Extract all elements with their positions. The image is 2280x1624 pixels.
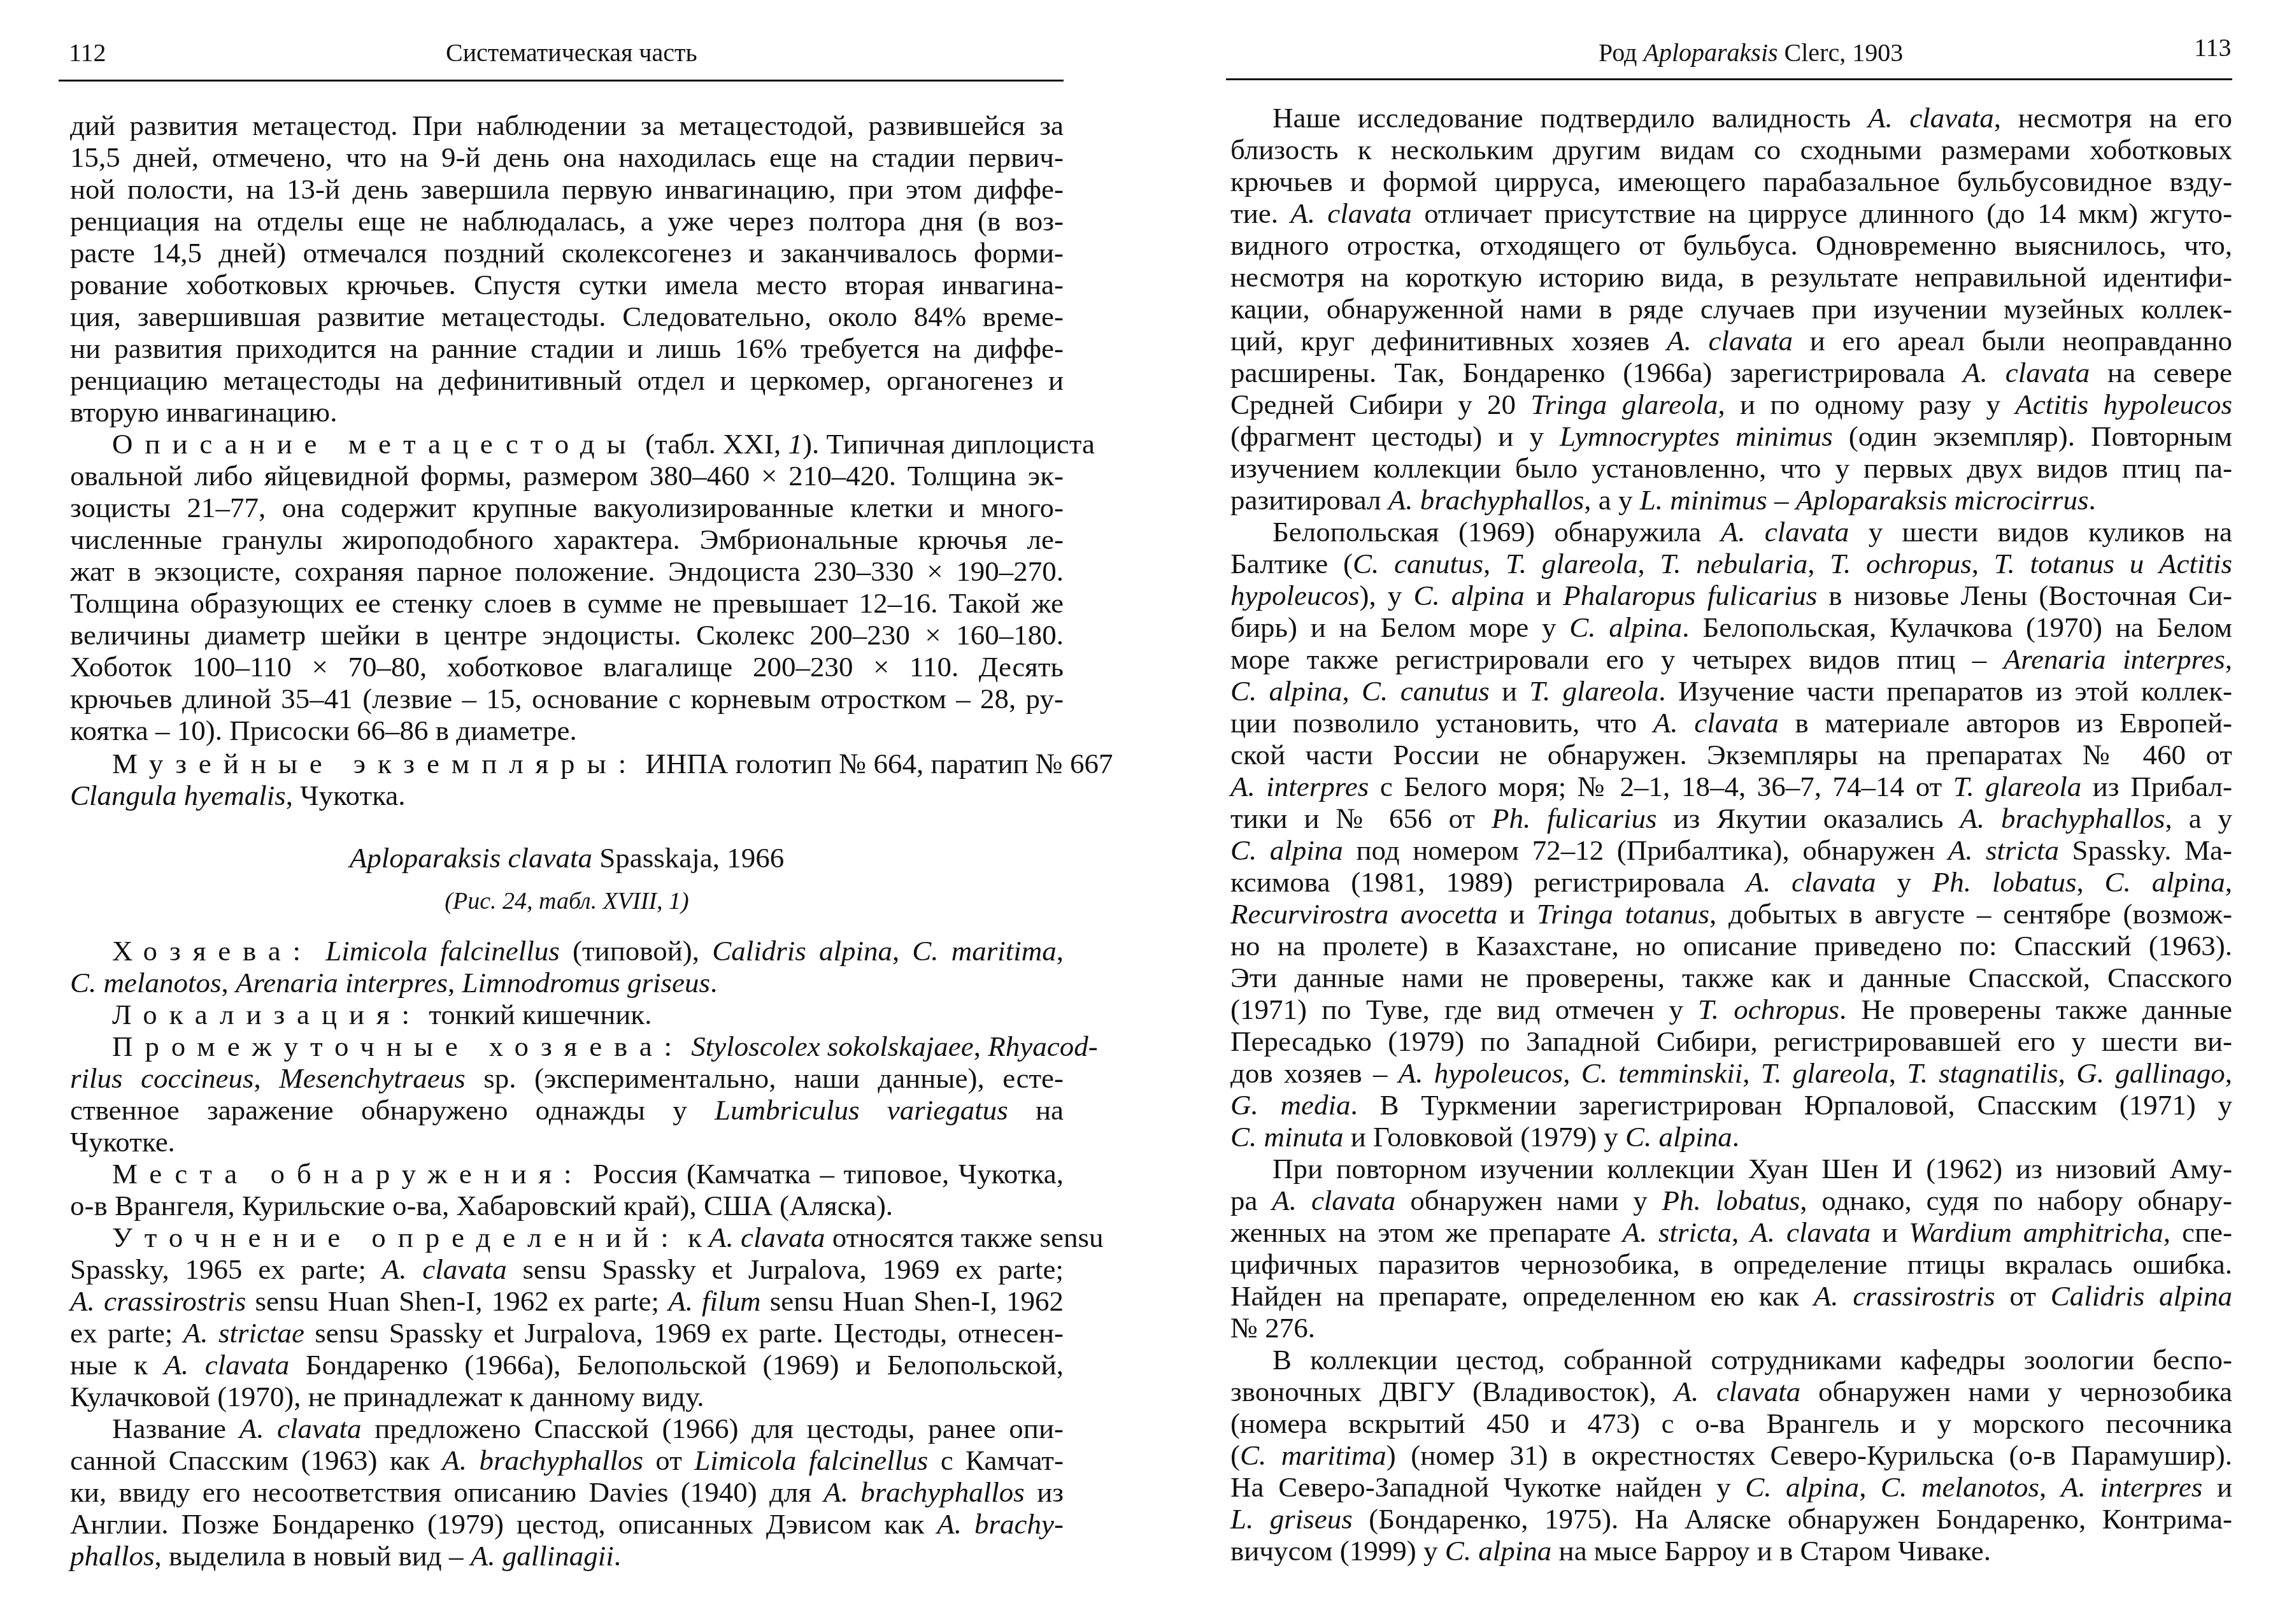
text-line: (1971) по Туве, где вид отмечен у T. och… [1230,994,2232,1025]
text-line: ренциацию метацестоды на дефинитивный от… [70,364,1064,396]
text-line: Наше исследование подтвердило валидность… [1272,102,2232,134]
text-line: (C. maritima) (номер 31) в окрестностях … [1230,1439,2232,1471]
page-number: 113 [2194,32,2232,64]
text-line: вичусом (1999) у C. alpina на мысе Барро… [1230,1535,2232,1567]
text-line: ной полости, на 13-й день завершила перв… [70,173,1064,205]
text-line: жат в экзоцисте, сохраняя парное положен… [70,555,1064,587]
text-line: дий развития метацестод. При наблюдении … [70,110,1064,141]
text-line: Описание метацестоды (табл. XXI, 1). Тип… [112,428,1064,460]
text-line: При повторном изучении коллекции Хуан Ше… [1272,1153,2232,1185]
text-line: A. crassirostris sensu Huan Shen-I, 1962… [70,1285,1064,1317]
text-line: ской части России не обнаружен. Экземпля… [1230,739,2232,771]
page-number: 112 [69,37,106,69]
text-line: Хозяева: Limicola falcinellus (типовой),… [112,935,1064,967]
text-line: G. media. В Туркмении зарегистрирован Юр… [1230,1089,2232,1121]
text-line: ственное заражение обнаружено однажды у … [70,1094,1064,1126]
text-line: 15,5 дней, отмечено, что на 9-й день она… [70,141,1064,173]
text-line: C. melanotos, Arenaria interpres, Limnod… [70,967,1064,999]
text-line: Балтике (C. canutus, T. glareola, T. neb… [1230,548,2232,580]
text-line: ренциация на отделы еще не наблюдалась, … [70,205,1064,237]
text-line: разитировал A. brachyphallos, а у L. min… [1230,484,2232,516]
text-line: дов хозяев – A. hypoleucos, C. temminski… [1230,1057,2232,1089]
text-line: Хоботок 100–110 × 70–80, хоботковое влаг… [70,651,1064,683]
section-heading: (Рис. 24, табл. XVIII, 1) [70,885,1064,917]
text-line: hypoleucos), у C. alpina и Phalaropus fu… [1230,580,2232,611]
text-line: рование хоботковых крючьев. Спустя сутки… [70,269,1064,301]
text-line: ксимова (1981, 1989) регистрировала A. c… [1230,866,2232,898]
text-line: phallos, выделила в новый вид – A. galli… [70,1540,1064,1572]
text-line: № 276. [1230,1312,2232,1344]
text-line: Название A. clavata предложено Спасской … [112,1413,1064,1444]
text-line: Recurvirostra avocetta и Tringa totanus,… [1230,898,2232,930]
text-line: Эти данные нами не проверены, также как … [1230,962,2232,994]
text-line: Найден на препарате, определенном ею как… [1230,1280,2232,1312]
text-line: ции позволило установить, что A. clavata… [1230,707,2232,739]
text-line: A. interpres с Белого моря; № 2–1, 18–4,… [1230,771,2232,802]
text-line: крючьев длиной 35–41 (лезвие – 15, основ… [70,683,1064,715]
text-line: C. alpina, C. canutus и T. glareola. Изу… [1230,675,2232,707]
text-line: санной Спасским (1963) как A. brachyphal… [70,1444,1064,1476]
text-line: Музейные экземпляры: ИНПА голотип № 664,… [112,748,1064,780]
text-line: Белопольская (1969) обнаружила A. clavat… [1272,516,2232,548]
section-heading: Aploparaksis clavata Spasskaja, 1966 [70,842,1064,874]
text-line: Чукотке. [70,1126,1064,1158]
text-line: близость к нескольким другим видам со сх… [1230,134,2232,166]
text-line: ные к A. clavata Бондаренко (1966а), Бел… [70,1349,1064,1381]
text-line: Пересадько (1979) по Западной Сибири, ре… [1230,1025,2232,1057]
text-line: расте 14,5 дней) отмечался поздний сколе… [70,237,1064,269]
running-head: Род Aploparaksis Clerc, 1903 [1599,37,1903,69]
text-line: (фрагмент цестоды) и у Lymnocryptes mini… [1230,420,2232,452]
text-line: видного отростка, отходящего от бульбуса… [1230,229,2232,261]
running-head-suffix: Clerc, 1903 [1778,38,1904,67]
text-line: На Северо-Западной Чукотке найден у C. a… [1230,1471,2232,1503]
text-line: изучением коллекции было установленно, ч… [1230,452,2232,484]
text-line: зоцисты 21–77, она содержит крупные ваку… [70,492,1064,524]
text-line: Clangula hyemalis, Чукотка. [70,780,1064,811]
text-line: Промежуточные хозяева: Styloscolex sokol… [112,1030,1064,1062]
text-line: Локализация: тонкий кишечник. [112,999,1064,1030]
text-line: несмотря на короткую историю вида, в рез… [1230,261,2232,293]
text-line: ция, завершившая развитие метацестоды. С… [70,301,1064,332]
left-page: 112 Систематическая часть дий развития м… [0,0,1140,1624]
header-rule [1226,78,2232,80]
text-line: ки, ввиду его несоответствия описанию Da… [70,1476,1064,1508]
text-line: Англии. Позже Бондаренко (1979) цестод, … [70,1508,1064,1540]
text-line: (номера вскрытий 450 и 473) с о-ва Вранг… [1230,1407,2232,1439]
text-line: C. minuta и Головковой (1979) у C. alpin… [1230,1121,2232,1153]
text-line: ни развития приходится на ранние стадии … [70,332,1064,364]
text-line: крючьев и формой цирруса, имеющего параб… [1230,166,2232,197]
text-line: цифичных паразитов чернозобика, в опреде… [1230,1248,2232,1280]
running-head: Систематическая часть [446,37,697,69]
text-line: L. griseus (Бондаренко, 1975). На Аляске… [1230,1503,2232,1535]
text-line: о-в Врангеля, Курильские о-ва, Хабаровск… [70,1190,1064,1222]
text-line: тики и № 656 от Ph. fulicarius из Якутии… [1230,802,2232,834]
text-line: Spassky, 1965 ex parte; A. clavata sensu… [70,1253,1064,1285]
text-line: бирь) и на Белом море у C. alpina. Белоп… [1230,611,2232,643]
header-rule [59,80,1064,82]
text-line: Уточнение определений: к A. clavata отно… [112,1222,1064,1253]
text-line: rilus coccineus, Mesenchytraeus sp. (экс… [70,1062,1064,1094]
text-line: тие. A. clavata отличает присутствие на … [1230,197,2232,229]
text-line: C. alpina под номером 72–12 (Прибалтика)… [1230,834,2232,866]
text-line: кации, обнаруженной нами в ряде случаев … [1230,293,2232,325]
text-line: женных на этом же препарате A. stricta, … [1230,1216,2232,1248]
running-head-prefix: Род [1599,38,1643,67]
running-head-genus: Aploparaksis [1643,38,1778,67]
text-line: Средней Сибири у 20 Tringa glareola, и п… [1230,388,2232,420]
text-line: звоночных ДВГУ (Владивосток), A. clavata… [1230,1376,2232,1407]
text-line: численные гранулы жироподобного характер… [70,524,1064,555]
text-line: Кулачковой (1970), не принадлежат к данн… [70,1381,1064,1413]
text-line: Места обнаружения: Россия (Камчатка – ти… [112,1158,1064,1190]
right-page: Род Aploparaksis Clerc, 1903 113 Наше ис… [1140,0,2280,1624]
text-line: расширены. Так, Бондаренко (1966а) зарег… [1230,357,2232,388]
text-line: ex parte; A. strictae sensu Spassky et J… [70,1317,1064,1349]
text-line: ций, круг дефинитивных хозяев A. clavata… [1230,325,2232,357]
text-line: овальной либо яйцевидной формы, размером… [70,460,1064,492]
text-line: но на пролете) в Казахстане, но описание… [1230,930,2232,962]
text-line: В коллекции цестод, собранной сотрудника… [1272,1344,2232,1376]
text-line: Толщина образующих ее стенку слоев в сум… [70,587,1064,619]
text-line: вторую инвагинацию. [70,396,1064,428]
text-line: коятка – 10). Присоски 66–86 в диаметре. [70,715,1064,746]
text-line: море также регистрировали его у четырех … [1230,643,2232,675]
text-line: величины диаметр шейки в центре эндоцист… [70,619,1064,651]
text-line: ра A. clavata обнаружен нами у Ph. lobat… [1230,1185,2232,1216]
